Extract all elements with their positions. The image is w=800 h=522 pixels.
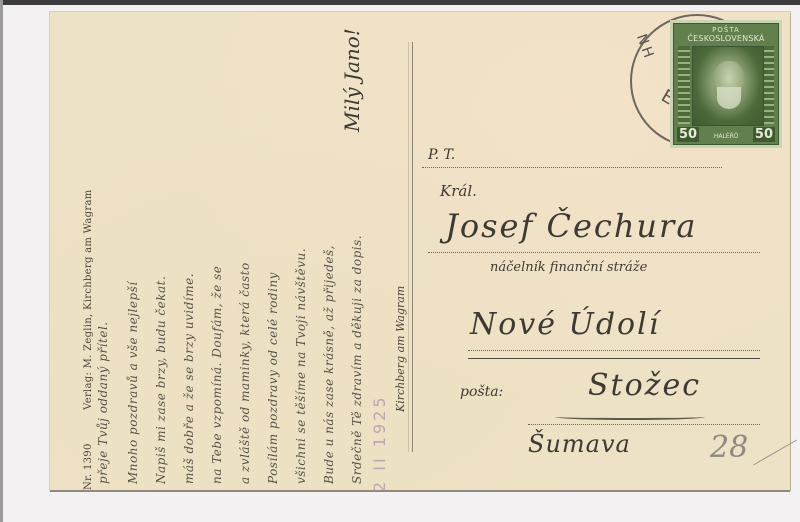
card-edge [50,490,790,492]
address-prefix: P. T. [428,147,455,163]
recipient-name: Josef Čechura [445,207,697,245]
message-line: Mnoho pozdravů a vše nejlepší [126,281,140,484]
sender-place: Kirchberg am Wagram [394,286,407,412]
underline-flourish [555,414,705,420]
message-line: Napiš mi zase brzy, budu čekat. [154,276,168,484]
message-line: všichni se těšíme na Tvoji návštěvu. [294,248,308,484]
message-line: Bude u nás zase krásně, až přijedeš, [322,245,336,484]
address-rule [468,358,760,359]
message-greeting: Milý Jano! [340,28,364,132]
stamp-value: 50 [753,127,775,142]
message-line: na Tebe vzpomíná. Doufám, že se [210,266,224,484]
receipt-date-stamp: 2 II 1925 [370,394,389,492]
post-office-label: pošta: [460,384,503,400]
address-line [422,167,722,168]
postage-stamp: POŠTA ČESKOSLOVENSKÁ 50 HALÉŘŮ 50 [670,20,782,148]
address-line [468,350,760,351]
vertical-divider [412,42,413,452]
stamp-header: POŠTA [674,26,778,34]
message-line: a zvláště od maminky, která často [238,262,252,484]
post-office: Stožec [588,368,701,403]
recipient-town: Nové Údolí [470,307,660,342]
beard-icon [717,87,741,109]
message-line: Srdečně Tě zdravím a děkuji za dopis. [350,235,364,484]
message-line: přeje Tvůj oddaný přítel. [96,321,110,484]
portrait-icon [692,46,764,126]
stamp-country: ČESKOSLOVENSKÁ [674,34,778,43]
recipient-occupation: náčelník finanční stráže [490,260,647,275]
address-line [428,252,760,253]
address-title: Král. [440,182,477,200]
stamp-ornament [678,46,690,124]
postcard: Nr. 1390 Verlag: M. Zeglin, Kirchberg am… [50,12,790,490]
address-line [528,424,760,425]
pencil-annotation: 28 [710,430,748,465]
message-line: Posílám pozdravy od celé rodiny [266,272,280,484]
stamp-frame: POŠTA ČESKOSLOVENSKÁ 50 HALÉŘŮ 50 [673,23,779,145]
message-line: máš dobře a že se brzy uvidíme. [182,273,196,484]
divider-shadow [408,42,409,452]
recipient-region: Šumava [528,430,631,458]
